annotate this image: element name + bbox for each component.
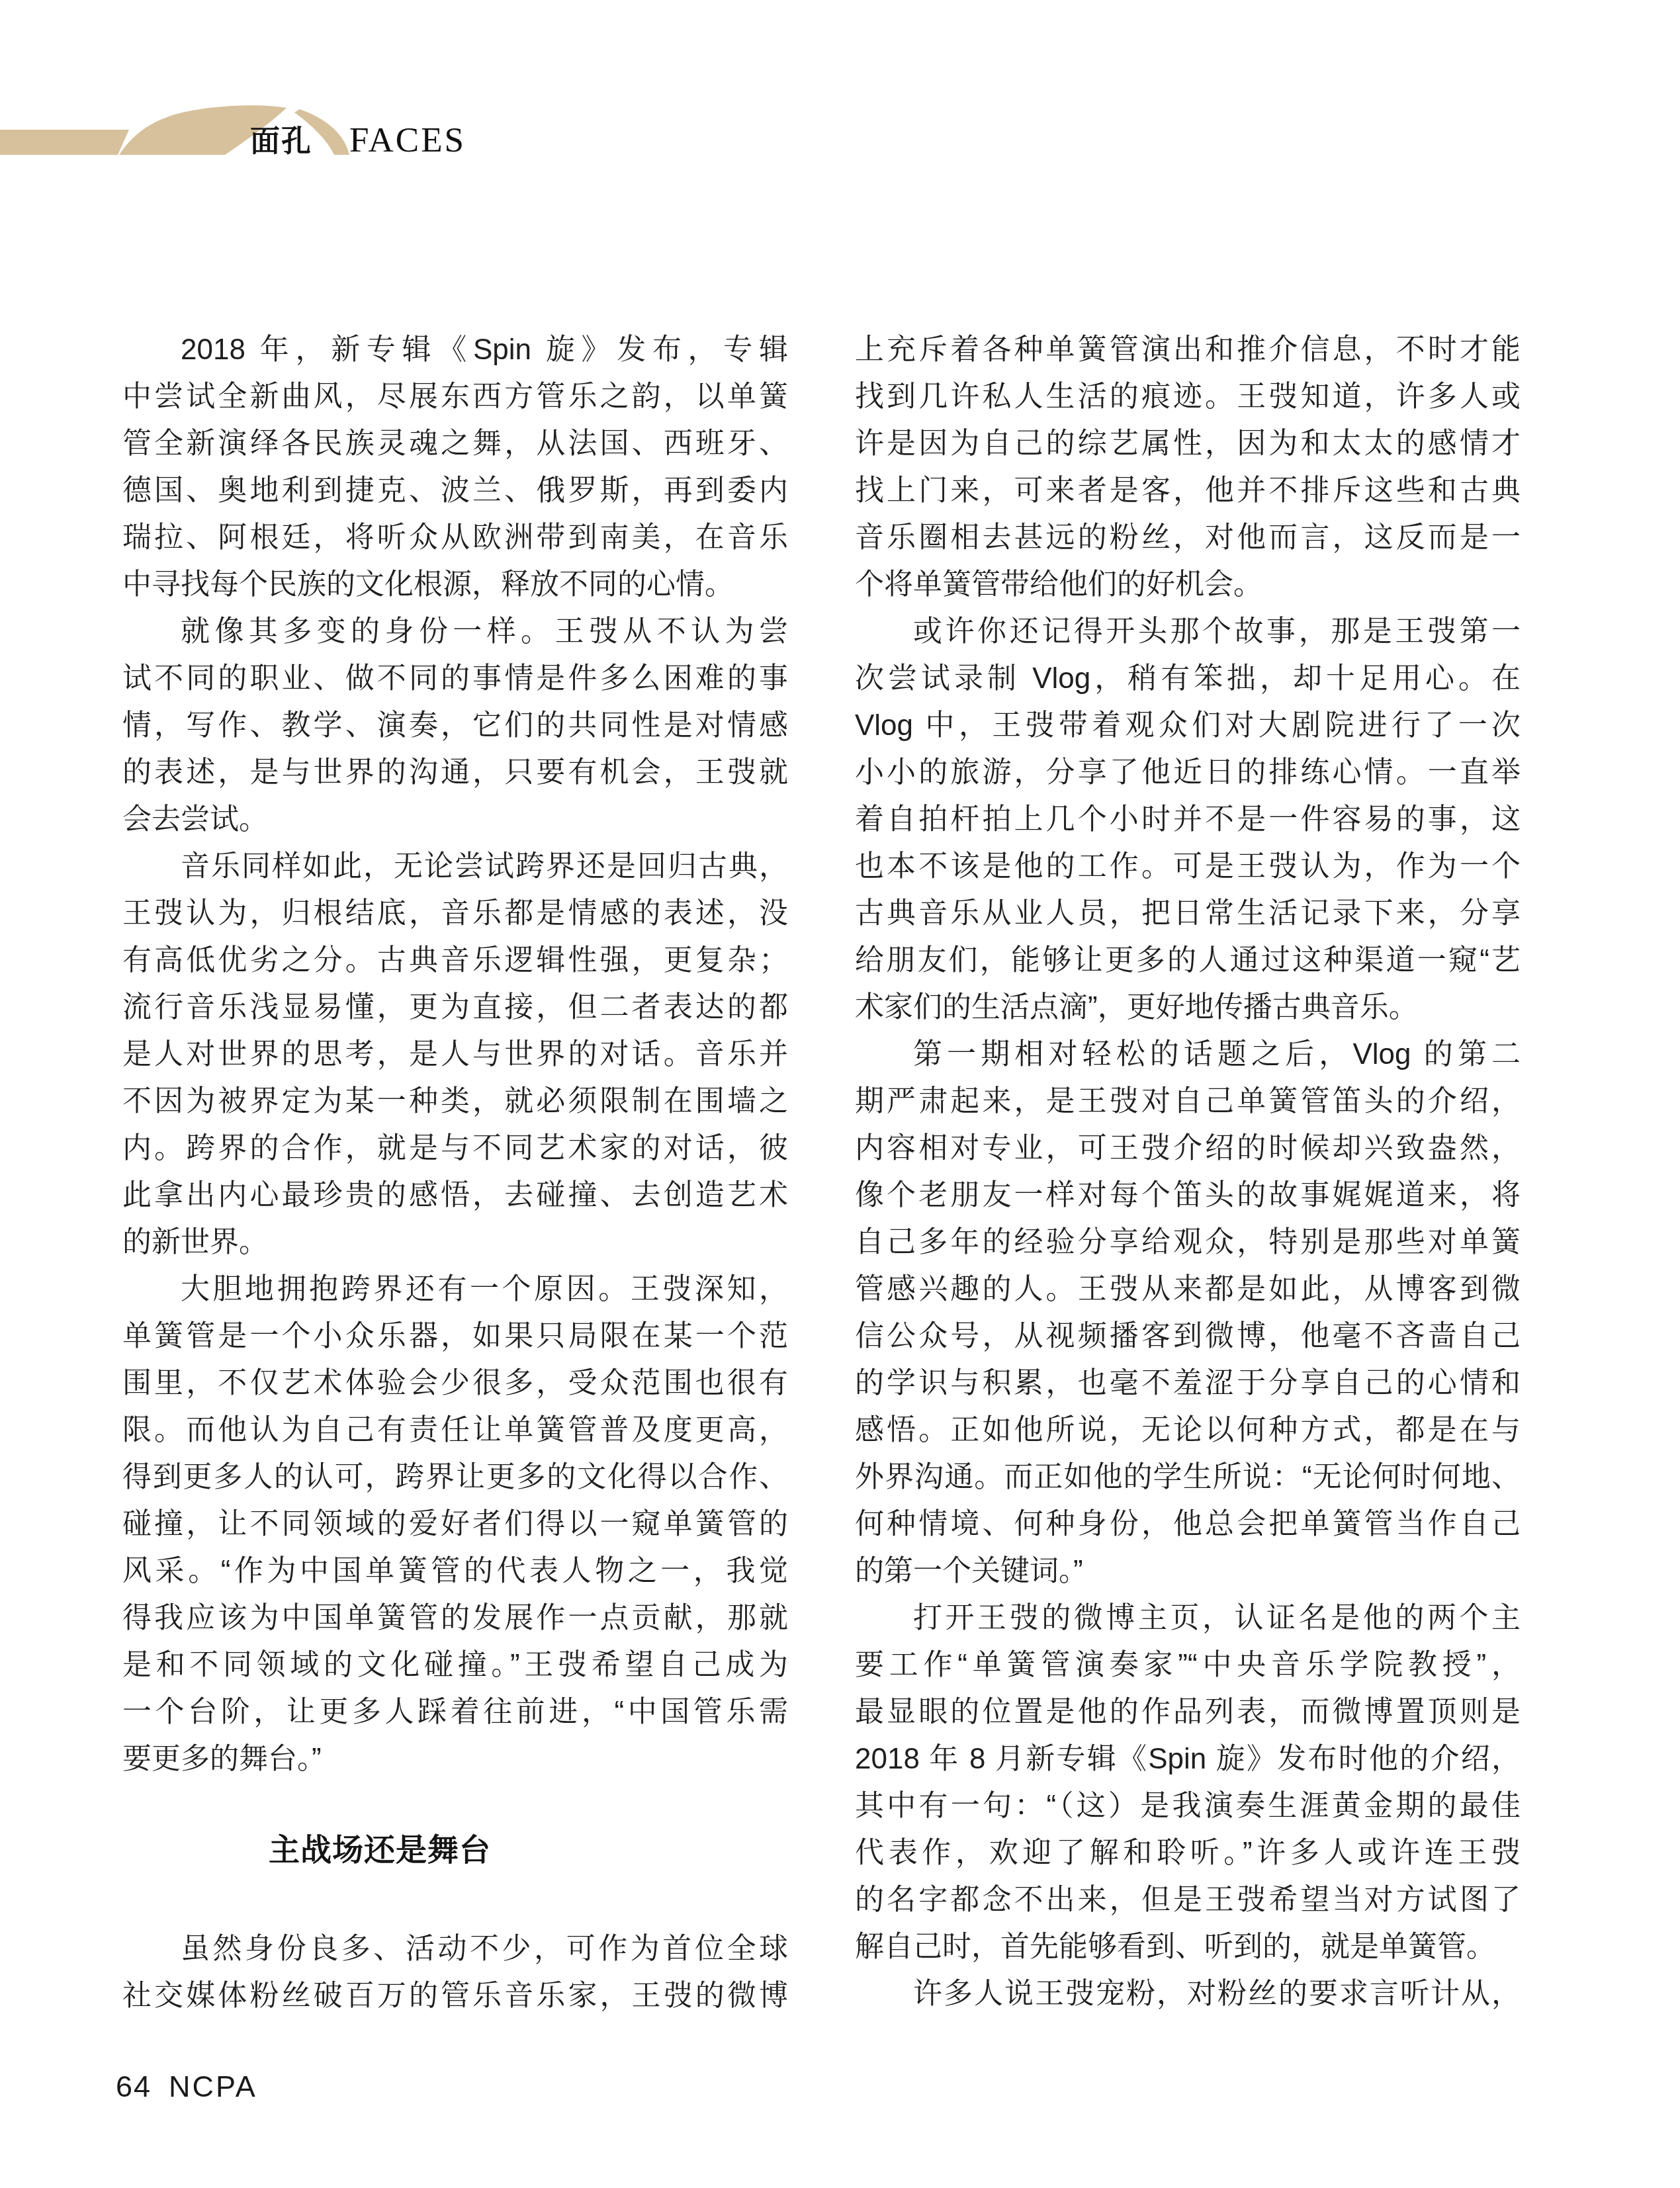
text-line: 一个台阶，让更多人踩着往前进，“中国管乐需 bbox=[122, 1688, 788, 1735]
text-line: 音乐圈相去甚远的粉丝，对他而言，这反而是一 bbox=[855, 514, 1521, 561]
page-number: 64 bbox=[116, 2070, 152, 2103]
text-line: 找到几许私人生活的痕迹。王弢知道，许多人或 bbox=[855, 373, 1521, 420]
text-line: 试不同的职业、做不同的事情是件多么困难的事 bbox=[122, 655, 788, 702]
text-line: 的表述，是与世界的沟通，只要有机会，王弢就 bbox=[122, 749, 788, 796]
text-line: 此拿出内心最珍贵的感悟，去碰撞、去创造艺术 bbox=[122, 1172, 788, 1219]
text-line: 许多人说王弢宠粉，对粉丝的要求言听计从， bbox=[855, 1970, 1521, 2017]
text-line: 限。而他认为自己有责任让单簧管普及度更高， bbox=[122, 1407, 788, 1454]
text-line: 大胆地拥抱跨界还有一个原因。王弢深知， bbox=[122, 1266, 788, 1313]
text-line: 流行音乐浅显易懂，更为直接，但二者表达的都 bbox=[122, 984, 788, 1031]
text-line: 社交媒体粉丝破百万的管乐音乐家，王弢的微博 bbox=[122, 1972, 788, 2019]
text-line: 着自拍杆拍上几个小时并不是一件容易的事，这 bbox=[855, 796, 1521, 843]
text-line: 第一期相对轻松的话题之后，Vlog 的第二 bbox=[855, 1031, 1521, 1078]
text-line: 风采。“作为中国单簧管的代表人物之一，我觉 bbox=[122, 1548, 788, 1595]
text-line: 信公众号，从视频播客到微博，他毫不吝啬自己 bbox=[855, 1313, 1521, 1360]
text-line: Vlog 中，王弢带着观众们对大剧院进行了一次 bbox=[855, 702, 1521, 749]
text-line: 次尝试录制 Vlog，稍有笨拙，却十足用心。在 bbox=[855, 655, 1521, 702]
text-line: 要更多的舞台。” bbox=[122, 1735, 788, 1782]
text-line: 找上门来，可来者是客，他并不排斥这些和古典 bbox=[855, 467, 1521, 514]
text-line: 解自己时，首先能够看到、听到的，就是单簧管。 bbox=[855, 1923, 1521, 1970]
text-line: 得我应该为中国单簧管的发展作一点贡献，那就 bbox=[122, 1595, 788, 1641]
column-2: 上充斥着各种单簧管演出和推介信息，不时才能找到几许私人生活的痕迹。王弢知道，许多… bbox=[855, 326, 1521, 2017]
text-line: 单簧管是一个小众乐器，如果只局限在某一个范 bbox=[122, 1313, 788, 1360]
text-line: 上充斥着各种单簧管演出和推介信息，不时才能 bbox=[855, 326, 1521, 373]
text-line: 内。跨界的合作，就是与不同艺术家的对话，彼 bbox=[122, 1125, 788, 1172]
magazine-page: 面孔 FACES 2018 年，新专辑《Spin 旋》发布，专辑中尝试全新曲风，… bbox=[0, 0, 1680, 2188]
text-line: 王弢认为，归根结底，音乐都是情感的表述，没 bbox=[122, 890, 788, 937]
text-line: 的名字都念不出来，但是王弢希望当对方试图了 bbox=[855, 1876, 1521, 1923]
text-line: 得到更多人的认可，跨界让更多的文化得以合作、 bbox=[122, 1454, 788, 1501]
text-line: 内容相对专业，可王弢介绍的时候却兴致盎然， bbox=[855, 1125, 1521, 1172]
text-line: 的新世界。 bbox=[122, 1219, 788, 1266]
text-line: 是和不同领域的文化碰撞。”王弢希望自己成为 bbox=[122, 1641, 788, 1688]
text-line: 自己多年的经验分享给观众，特别是那些对单簧 bbox=[855, 1219, 1521, 1266]
text-line: 打开王弢的微博主页，认证名是他的两个主 bbox=[855, 1595, 1521, 1641]
section-label-en: FACES bbox=[349, 123, 466, 157]
text-line: 其中有一句：“（这）是我演奏生涯黄金期的最佳 bbox=[855, 1782, 1521, 1829]
text-line: 期严肃起来，是王弢对自己单簧管笛头的介绍， bbox=[855, 1078, 1521, 1125]
text-line: 就像其多变的身份一样。王弢从不认为尝 bbox=[122, 608, 788, 655]
text-line: 的学识与积累，也毫不羞涩于分享自己的心情和 bbox=[855, 1360, 1521, 1407]
text-line: 术家们的生活点滴”，更好地传播古典音乐。 bbox=[855, 984, 1521, 1031]
text-line: 小小的旅游，分享了他近日的排练心情。一直举 bbox=[855, 749, 1521, 796]
text-line: 德国、奥地利到捷克、波兰、俄罗斯，再到委内 bbox=[122, 467, 788, 514]
text-line: 有高低优劣之分。古典音乐逻辑性强，更复杂； bbox=[122, 937, 788, 984]
text-line: 中寻找每个民族的文化根源，释放不同的心情。 bbox=[122, 561, 788, 608]
text-line: 碰撞，让不同领域的爱好者们得以一窥单簧管的 bbox=[122, 1501, 788, 1548]
text-line: 给朋友们，能够让更多的人通过这种渠道一窥“艺 bbox=[855, 937, 1521, 984]
text-line: 管全新演绎各民族灵魂之舞，从法国、西班牙、 bbox=[122, 420, 788, 467]
text-line: 代表作，欢迎了解和聆听。”许多人或许连王弢 bbox=[855, 1829, 1521, 1876]
text-line: 音乐同样如此，无论尝试跨界还是回归古典， bbox=[122, 843, 788, 890]
text-line: 2018 年 8 月新专辑《Spin 旋》发布时他的介绍， bbox=[855, 1735, 1521, 1782]
text-line: 情，写作、教学、演奏，它们的共同性是对情感 bbox=[122, 702, 788, 749]
text-line: 中尝试全新曲风，尽展东西方管乐之韵，以单簧 bbox=[122, 373, 788, 420]
text-line: 个将单簧管带给他们的好机会。 bbox=[855, 561, 1521, 608]
section-label-cn: 面孔 bbox=[250, 126, 312, 157]
text-line: 像个老朋友一样对每个笛头的故事娓娓道来，将 bbox=[855, 1172, 1521, 1219]
text-line: 不因为被界定为某一种类，就必须限制在围墙之 bbox=[122, 1078, 788, 1125]
text-line: 围里，不仅艺术体验会少很多，受众范围也很有 bbox=[122, 1360, 788, 1407]
footer: 64NCPA bbox=[116, 2071, 257, 2103]
text-line: 的第一个关键词。” bbox=[855, 1548, 1521, 1595]
text-line: 瑞拉、阿根廷，将听众从欧洲带到南美，在音乐 bbox=[122, 514, 788, 561]
text-line: 管感兴趣的人。王弢从来都是如此，从博客到微 bbox=[855, 1266, 1521, 1313]
section-heading: 主战场还是舞台 bbox=[269, 1831, 491, 1868]
text-line: 何种情境、何种身份，他总会把单簧管当作自己 bbox=[855, 1501, 1521, 1548]
text-line: 会去尝试。 bbox=[122, 796, 788, 843]
text-line: 虽然身份良多、活动不少，可作为首位全球 bbox=[122, 1925, 788, 1972]
header-bar-shape bbox=[0, 130, 129, 155]
text-line: 最显眼的位置是他的作品列表，而微博置顶则是 bbox=[855, 1688, 1521, 1735]
magazine-name: NCPA bbox=[169, 2070, 257, 2103]
text-line: 也本不该是他的工作。可是王弢认为，作为一个 bbox=[855, 843, 1521, 890]
text-line: 是人对世界的思考，是人与世界的对话。音乐并 bbox=[122, 1031, 788, 1078]
text-line: 或许你还记得开头那个故事，那是王弢第一 bbox=[855, 608, 1521, 655]
text-line: 外界沟通。而正如他的学生所说：“无论何时何地、 bbox=[855, 1454, 1521, 1501]
text-line: 古典音乐从业人员，把日常生活记录下来，分享 bbox=[855, 890, 1521, 937]
column-1-after-heading: 虽然身份良多、活动不少，可作为首位全球社交媒体粉丝破百万的管乐音乐家，王弢的微博 bbox=[122, 1925, 788, 2019]
text-line: 感悟。正如他所说，无论以何种方式，都是在与 bbox=[855, 1407, 1521, 1454]
column-1: 2018 年，新专辑《Spin 旋》发布，专辑中尝试全新曲风，尽展东西方管乐之韵… bbox=[122, 326, 788, 1782]
text-line: 2018 年，新专辑《Spin 旋》发布，专辑 bbox=[122, 326, 788, 373]
text-line: 许是因为自己的综艺属性，因为和太太的感情才 bbox=[855, 420, 1521, 467]
text-line: 要工作“单簧管演奏家”“中央音乐学院教授”， bbox=[855, 1641, 1521, 1688]
